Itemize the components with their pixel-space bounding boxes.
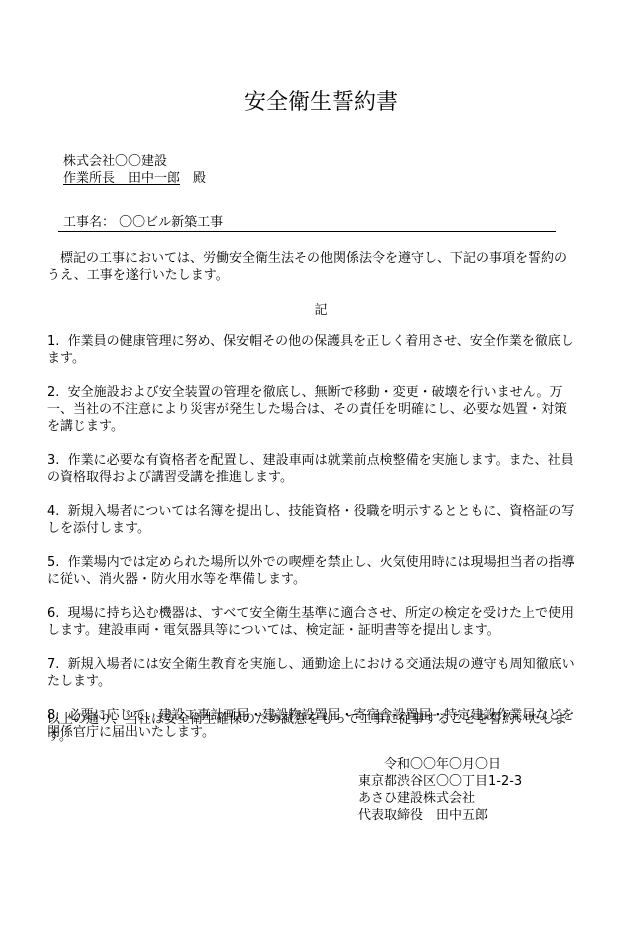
closing-paragraph: 以上の通り、当社は安全衛生確保のため誠意をもって工事に従事することを誓約いたしま… bbox=[47, 711, 567, 745]
signature-address: 東京都渋谷区〇〇丁目1-2-3 bbox=[358, 773, 522, 790]
signature-block: 令和〇〇年〇月〇日 東京都渋谷区〇〇丁目1-2-3 あさひ建設株式会社 代表取締… bbox=[358, 756, 522, 824]
pledge-number: 7. bbox=[47, 657, 59, 672]
document-page: 安全衛生誓約書 株式会社〇〇建設 作業所長 田中一郎 殿 工事名： 〇〇ビル新築… bbox=[0, 0, 642, 934]
pledge-item: 1. 作業員の健康管理に努め、保安帽その他の保護具を正しく着用させ、安全作業を徹… bbox=[47, 333, 577, 367]
pledge-number: 6. bbox=[47, 606, 59, 621]
pledge-number: 4. bbox=[47, 504, 59, 519]
pledge-text: 作業場内では定められた場所以外での喫煙を禁止し、火気使用時には現場担当者の指導に… bbox=[47, 555, 575, 587]
addressee-block: 株式会社〇〇建設 作業所長 田中一郎 殿 bbox=[63, 153, 206, 187]
document-title: 安全衛生誓約書 bbox=[0, 89, 642, 117]
signature-representative: 代表取締役 田中五郎 bbox=[358, 807, 522, 824]
pledge-text: 作業に必要な有資格者を配置し、建設車両は就業前点検整備を実施します。また、社員の… bbox=[47, 453, 574, 485]
addressee-company: 株式会社〇〇建設 bbox=[63, 153, 206, 170]
pledge-text: 新規入場者については名簿を提出し、技能資格・役職を明示するとともに、資格証の写し… bbox=[47, 504, 574, 536]
intro-paragraph: 標記の工事においては、労働安全衛生法その他関係法令を遵守し、下記の事項を誓約のう… bbox=[47, 250, 567, 284]
project-name: 〇〇ビル新築工事 bbox=[119, 215, 223, 230]
pledge-number: 5. bbox=[47, 555, 59, 570]
addressee-position: 作業所長 田中一郎 bbox=[63, 171, 180, 186]
addressee-person-row: 作業所長 田中一郎 殿 bbox=[63, 170, 206, 187]
project-label: 工事名： bbox=[63, 215, 115, 230]
pledge-text: 新規入場者には安全衛生教育を実施し、通勤途上における交通法規の遵守も周知徹底いた… bbox=[47, 657, 575, 689]
pledge-text: 安全施設および安全装置の管理を徹底し、無断で移動・変更・破壊を行いません。万一、… bbox=[47, 385, 567, 434]
pledge-item: 7. 新規入場者には安全衛生教育を実施し、通勤途上における交通法規の遵守も周知徹… bbox=[47, 656, 577, 690]
pledge-item: 4. 新規入場者については名簿を提出し、技能資格・役職を明示するとともに、資格証… bbox=[47, 503, 577, 537]
pledge-item: 6. 現場に持ち込む機器は、すべて安全衛生基準に適合させ、所定の検定を受けた上で… bbox=[47, 605, 577, 639]
pledge-number: 2. bbox=[47, 385, 59, 400]
project-name-line: 工事名： 〇〇ビル新築工事 bbox=[58, 214, 556, 232]
pledge-text: 作業員の健康管理に努め、保安帽その他の保護具を正しく着用させ、安全作業を徹底しま… bbox=[47, 334, 574, 366]
pledge-text: 現場に持ち込む機器は、すべて安全衛生基準に適合させ、所定の検定を受けた上で使用し… bbox=[47, 606, 574, 638]
addressee-honorific: 殿 bbox=[180, 171, 206, 186]
pledge-item: 5. 作業場内では定められた場所以外での喫煙を禁止し、火気使用時には現場担当者の… bbox=[47, 554, 577, 588]
pledge-number: 1. bbox=[47, 334, 59, 349]
pledge-number: 3. bbox=[47, 453, 59, 468]
pledge-item: 3. 作業に必要な有資格者を配置し、建設車両は就業前点検整備を実施します。また、… bbox=[47, 452, 577, 486]
signature-company: あさひ建設株式会社 bbox=[358, 790, 522, 807]
ki-heading: 記 bbox=[0, 302, 642, 319]
pledge-item: 2. 安全施設および安全装置の管理を徹底し、無断で移動・変更・破壊を行いません。… bbox=[47, 384, 577, 435]
signature-date: 令和〇〇年〇月〇日 bbox=[358, 756, 522, 773]
pledge-list: 1. 作業員の健康管理に努め、保安帽その他の保護具を正しく着用させ、安全作業を徹… bbox=[47, 333, 577, 758]
